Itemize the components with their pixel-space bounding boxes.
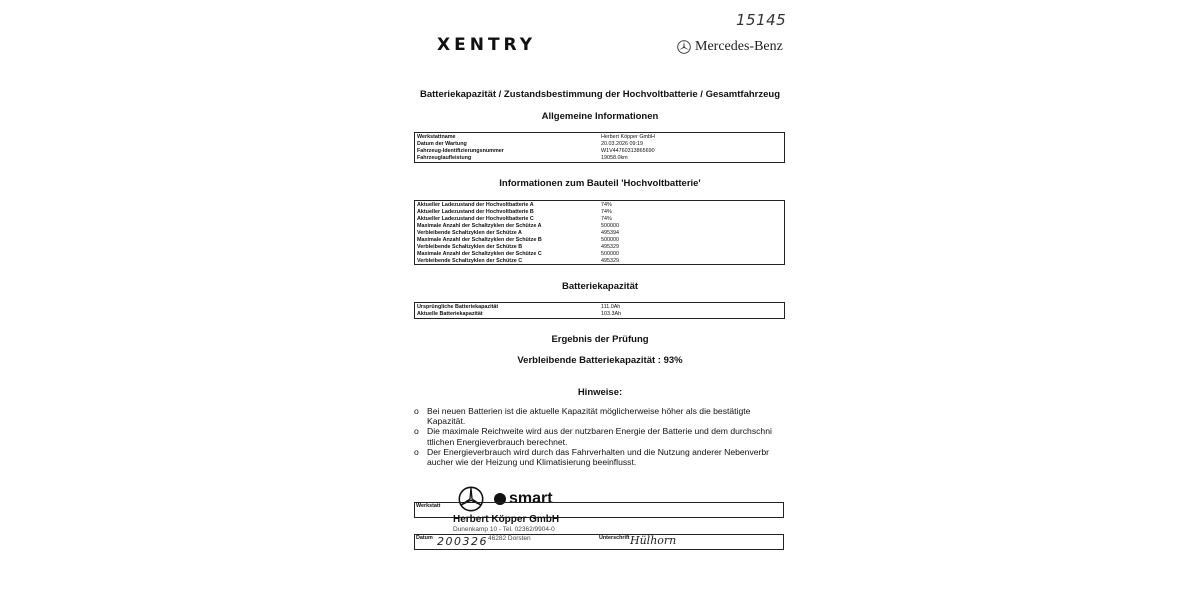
row-label: Aktuelle Batteriekapazität	[417, 311, 601, 318]
row-value: 495329	[601, 258, 619, 265]
xentry-logo: XENTRY	[437, 35, 536, 55]
note-text: Der Energieverbrauch wird durch das Fahr…	[427, 447, 784, 467]
capacity-table: Ursprüngliche Batteriekapazität111.0AhAk…	[414, 302, 785, 319]
notes-list: oBei neuen Batterien ist die aktuelle Ka…	[414, 406, 784, 467]
row-value: 111.0Ah	[601, 304, 620, 311]
row-value: 74%	[601, 216, 612, 223]
mercedes-benz-logo: Mercedes-Benz	[677, 39, 783, 55]
row-label: Maximale Anzahl der Schaltzyklen der Sch…	[417, 251, 601, 258]
row-label: Aktueller Ladezustand der Hochvoltbatter…	[417, 209, 601, 216]
table-row: Verbleibende Schaltzyklen der Schütze A4…	[417, 230, 782, 237]
document-title: Batteriekapazität / Zustandsbestimmung d…	[410, 89, 790, 100]
brand-name: Mercedes-Benz	[695, 39, 783, 55]
bullet-icon: o	[414, 447, 427, 467]
component-heading: Informationen zum Bauteil 'Hochvoltbatte…	[410, 178, 790, 189]
company-stamp-name: Herbert Köpper GmbH	[453, 514, 559, 525]
row-label: Aktueller Ladezustand der Hochvoltbatter…	[417, 216, 601, 223]
table-row: Aktueller Ladezustand der Hochvoltbatter…	[417, 209, 782, 216]
workshop-label: Werkstatt	[416, 503, 440, 509]
bullet-icon: o	[414, 406, 427, 426]
row-label: Maximale Anzahl der Schaltzyklen der Sch…	[417, 237, 601, 244]
component-info-table: Aktueller Ladezustand der Hochvoltbatter…	[414, 200, 785, 265]
table-row: Maximale Anzahl der Schaltzyklen der Sch…	[417, 251, 782, 258]
row-label: Werkstattname	[417, 134, 601, 141]
row-label: Verbleibende Schaltzyklen der Schütze B	[417, 244, 601, 251]
row-label: Ursprüngliche Batteriekapazität	[417, 304, 601, 311]
note-item: oBei neuen Batterien ist die aktuelle Ka…	[414, 406, 784, 426]
row-label: Datum der Wartung	[417, 141, 601, 148]
row-value: 495394	[601, 230, 619, 237]
table-row: Aktueller Ladezustand der Hochvoltbatter…	[417, 216, 782, 223]
table-row: Maximale Anzahl der Schaltzyklen der Sch…	[417, 237, 782, 244]
row-value: 103.3Ah	[601, 311, 621, 318]
row-value: Herbert Köpper GmbH	[601, 134, 655, 141]
table-row: Verbleibende Schaltzyklen der Schütze B4…	[417, 244, 782, 251]
row-value: 500000	[601, 237, 619, 244]
table-row: Aktuelle Batteriekapazität103.3Ah	[417, 311, 782, 318]
row-label: Fahrzeuglaufleistung	[417, 155, 601, 162]
handwritten-note: 15145	[736, 11, 786, 29]
table-row: Maximale Anzahl der Schaltzyklen der Sch…	[417, 223, 782, 230]
row-label: Verbleibende Schaltzyklen der Schütze C	[417, 258, 601, 265]
table-row: Verbleibende Schaltzyklen der Schütze C4…	[417, 258, 782, 265]
capacity-heading: Batteriekapazität	[410, 281, 790, 292]
row-value: 500000	[601, 251, 619, 258]
table-row: Datum der Wartung20.03.2026 09:19	[417, 141, 782, 148]
note-item: oDie maximale Reichweite wird aus der nu…	[414, 426, 784, 446]
row-label: Fahrzeug-Identifizierungsnummer	[417, 148, 601, 155]
notes-heading: Hinweise:	[410, 387, 790, 398]
result-heading: Ergebnis der Prüfung	[410, 334, 790, 345]
row-value: W1V44760313865690	[601, 148, 655, 155]
row-label: Maximale Anzahl der Schaltzyklen der Sch…	[417, 223, 601, 230]
row-value: 20.03.2026 09:19	[601, 141, 643, 148]
company-stamp-address: Dunenkamp 10 - Tel. 02362/9904-0	[453, 526, 555, 533]
note-text: Die maximale Reichweite wird aus der nut…	[427, 426, 784, 446]
row-value: 74%	[601, 202, 612, 209]
note-item: oDer Energieverbrauch wird durch das Fah…	[414, 447, 784, 467]
table-row: WerkstattnameHerbert Köpper GmbH	[417, 134, 782, 141]
handwritten-date: 200326	[437, 535, 488, 548]
general-heading: Allgemeine Informationen	[410, 111, 790, 122]
table-row: Fahrzeuglaufleistung19058.0km	[417, 155, 782, 162]
row-label: Aktueller Ladezustand der Hochvoltbatter…	[417, 202, 601, 209]
result-text: Verbleibende Batteriekapazität : 93%	[410, 355, 790, 366]
table-row: Aktueller Ladezustand der Hochvoltbatter…	[417, 202, 782, 209]
date-label: Datum	[416, 535, 433, 541]
bullet-icon: o	[414, 426, 427, 446]
row-label: Verbleibende Schaltzyklen der Schütze A	[417, 230, 601, 237]
row-value: 495329	[601, 244, 619, 251]
row-value: 74%	[601, 209, 612, 216]
table-row: Fahrzeug-IdentifizierungsnummerW1V447603…	[417, 148, 782, 155]
company-stamp-city: 46282 Dorsten	[488, 535, 531, 542]
row-value: 19058.0km	[601, 155, 628, 162]
general-info-table: WerkstattnameHerbert Köpper GmbHDatum de…	[414, 132, 785, 163]
table-row: Ursprüngliche Batteriekapazität111.0Ah	[417, 304, 782, 311]
signature-label: Unterschrift	[599, 535, 630, 541]
mercedes-star-icon	[677, 40, 691, 54]
signature: Hülhorn	[630, 534, 676, 547]
row-value: 500000	[601, 223, 619, 230]
note-text: Bei neuen Batterien ist die aktuelle Kap…	[427, 406, 784, 426]
